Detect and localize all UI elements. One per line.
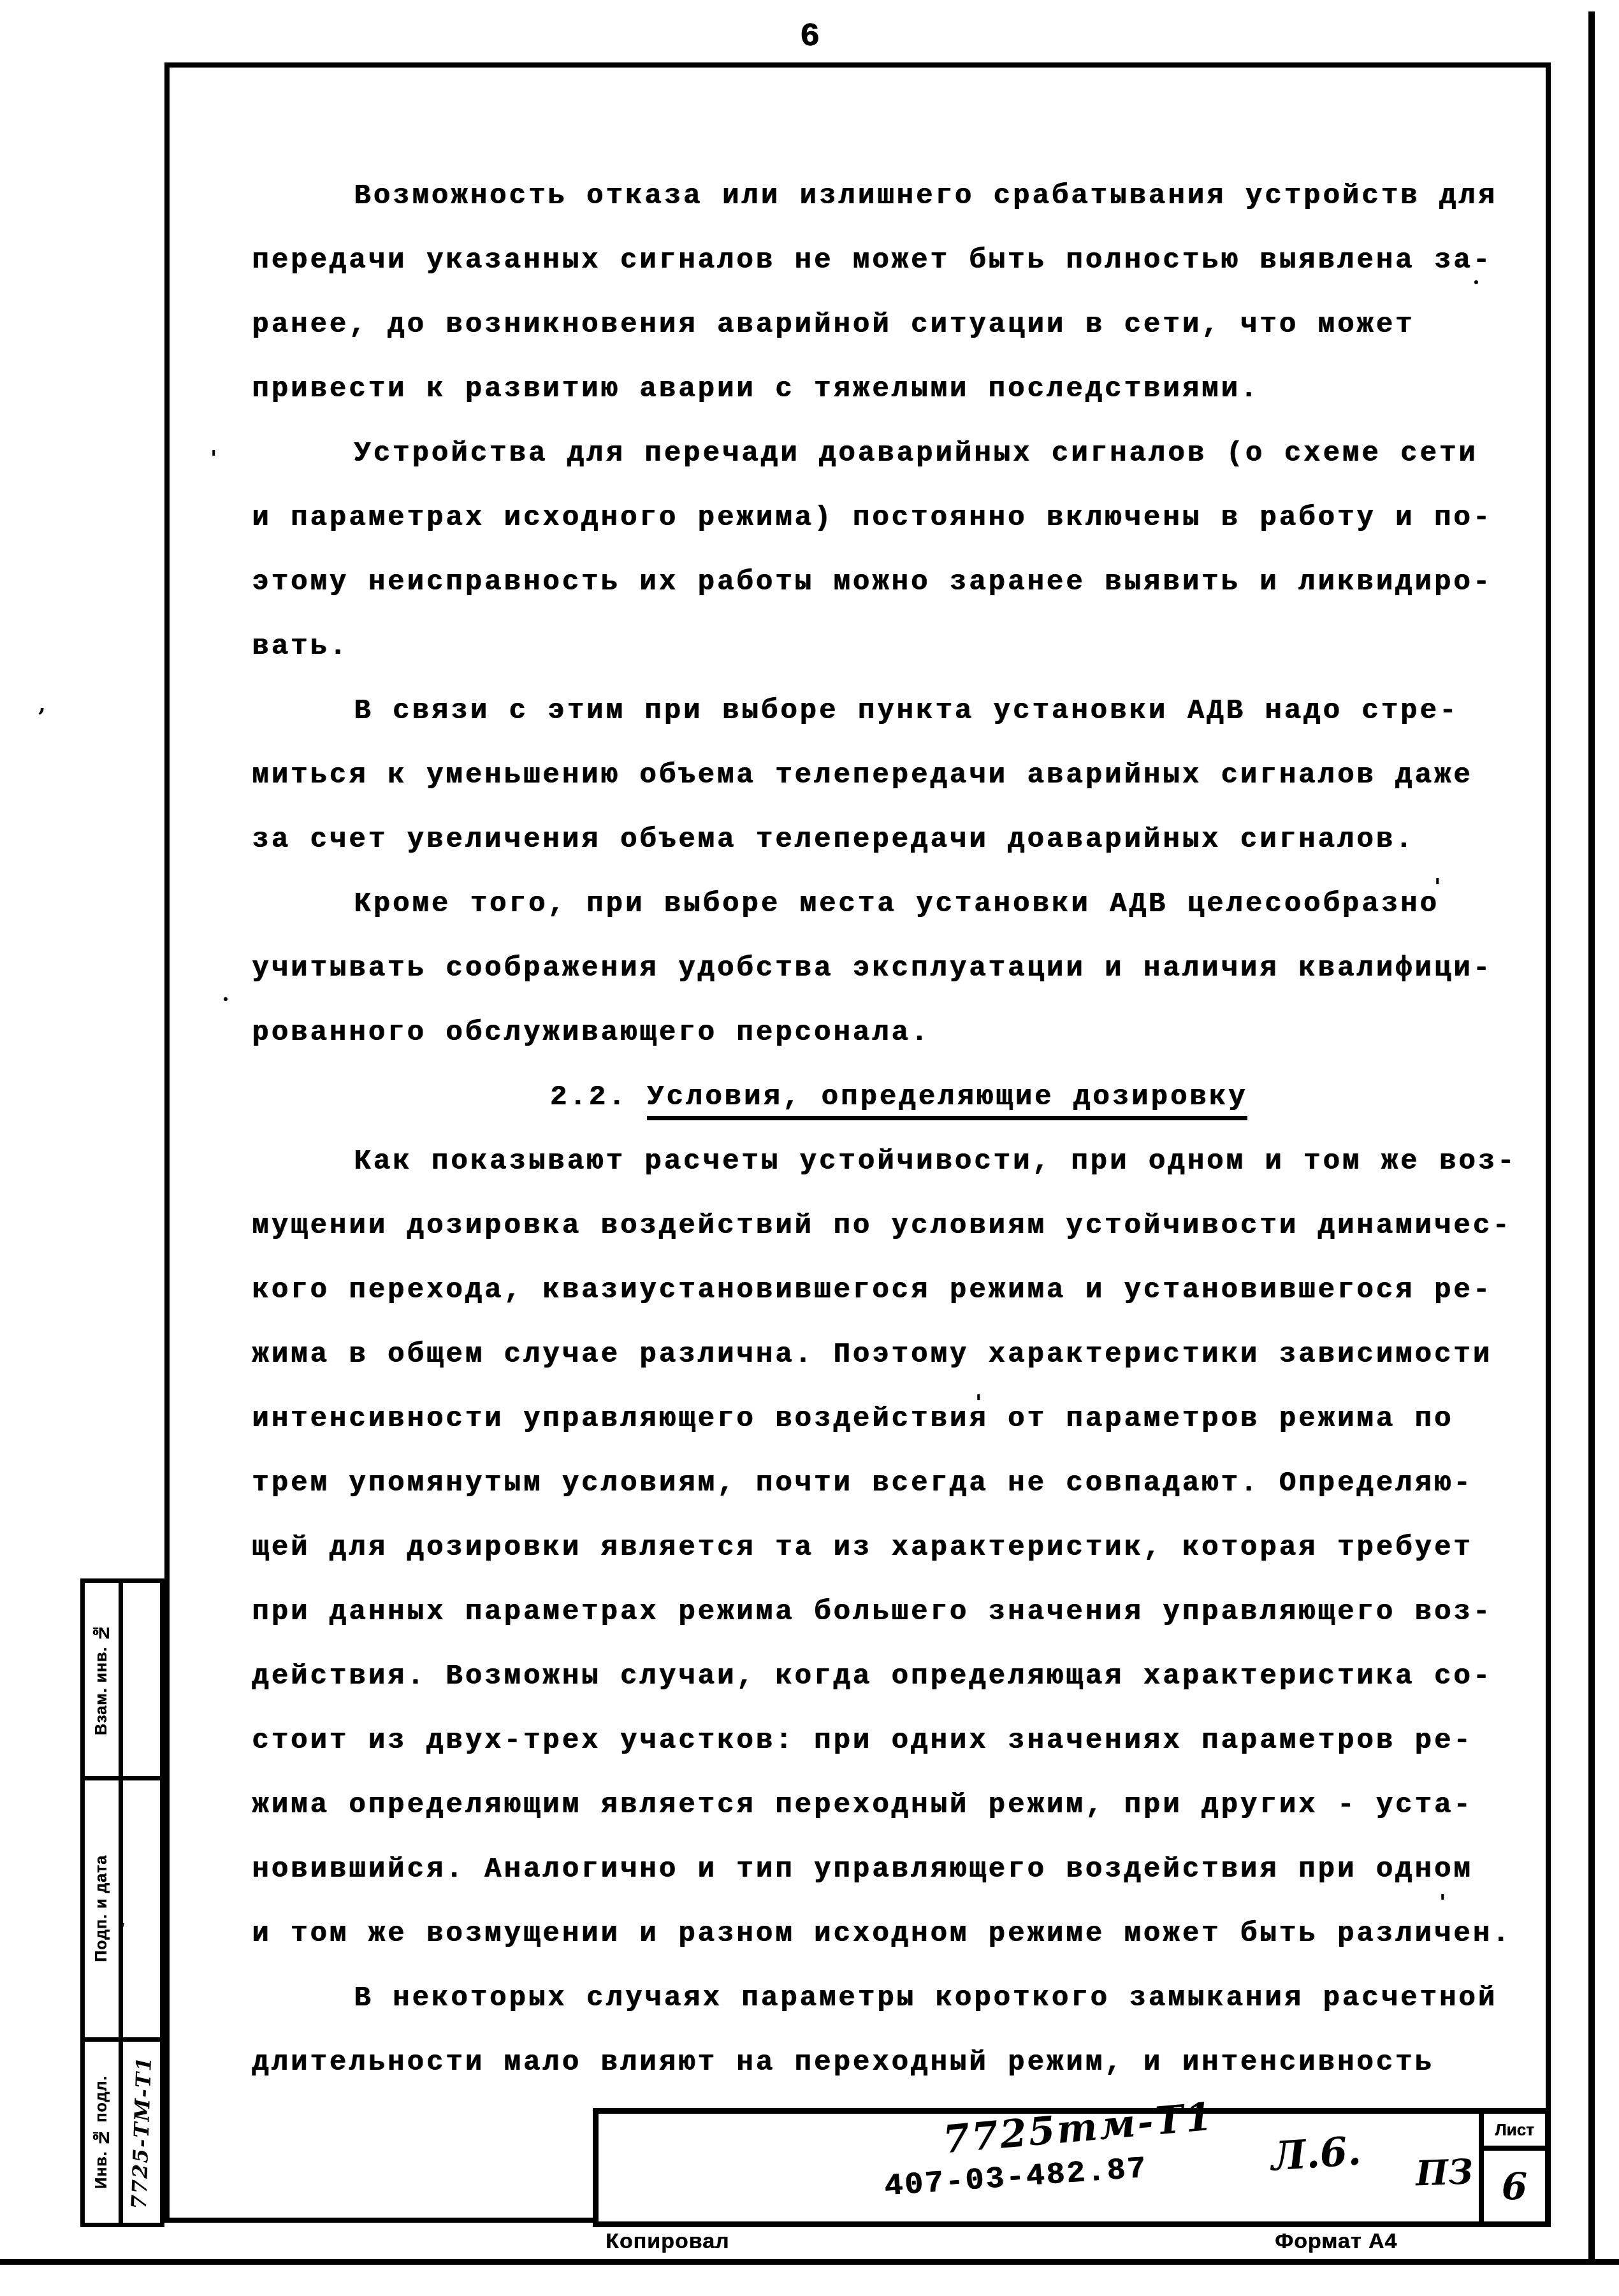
document-type-code: ПЗ [1415,2151,1474,2193]
scanned-document-page: { "page": { "page_number": "6", "footer_… [0,0,1619,2296]
sheet-number-box: Лист 6 [1479,2114,1545,2221]
vzam-inv-label: Взам. инв. № [92,1623,111,1735]
scan-speck: , [38,691,46,717]
text-line: Возможность отказа или излишнего срабаты… [252,164,1546,229]
text-line: передачи указанных сигналов не может быт… [252,229,1546,293]
text-line: Устройства для перечади доаварийных сигн… [252,422,1546,486]
scan-speck: ' [1439,1890,1446,1916]
text-line: Кроме того, при выборе места установки А… [252,872,1546,937]
margin-cell-label: Инв. № подл. [85,2042,123,2223]
text-line: В связи с этим при выборе пункта установ… [252,679,1546,744]
margin-cell-value [123,1583,160,1776]
scan-speck: . [1472,264,1480,290]
bottom-edge-rule [0,2259,1619,2265]
text-line: кого перехода, квазиустановившегося режи… [252,1259,1546,1323]
scan-speck: . [222,981,229,1007]
text-line: рованного обслуживающего персонала. [252,1001,1546,1065]
text-line: новившийся. Аналогично и тип управляющег… [252,1838,1546,1902]
margin-cell-label: Подп. и дата [85,1780,123,2037]
inv-podl-handwritten-number: 7725-ТМ-Т1 [127,2055,156,2209]
text-line: В некоторых случаях параметры короткого … [252,1967,1546,2031]
scan-speck: ' [1434,874,1441,900]
typewritten-text-block: Возможность отказа или излишнего срабаты… [252,164,1546,2095]
text-line: мущении дозировка воздействий по условия… [252,1194,1546,1259]
scan-speck: ' [975,1390,982,1416]
podp-data-label: Подп. и дата [92,1855,111,1962]
section-heading-title: Условия, определяющие дозировку [647,1081,1248,1120]
text-line: жима определяющим является переходный ре… [252,1773,1546,1838]
section-heading: 2.2. Условия, определяющие дозировку [252,1065,1546,1130]
footer-format: Формат А4 [1275,2229,1397,2254]
text-line: привести к развитию аварии с тяжелыми по… [252,357,1546,422]
margin-cell-value: 7725-ТМ-Т1 [123,2042,160,2223]
page-number: 6 [0,18,1619,55]
document-number: 407-03-482.87 [883,2152,1149,2205]
text-line: жима в общем случае различна. Поэтому ха… [252,1323,1546,1387]
right-margin-rule [1588,11,1595,2261]
text-line: ранее, до возникновения аварийной ситуац… [252,293,1546,357]
text-line: за счет увеличения объема телепередачи д… [252,808,1546,872]
text-line: миться к уменьшению объема телепередачи … [252,744,1546,808]
text-line: щей для дозировки является та из характе… [252,1516,1546,1580]
margin-cell-vzam-inv: Взам. инв. № [85,1583,160,1776]
margin-cell-inv-podl: Инв. № подл. 7725-ТМ-Т1 [85,2037,160,2223]
inv-podl-label: Инв. № подл. [92,2076,111,2189]
margin-cell-label: Взам. инв. № [85,1583,123,1776]
text-line: длительности мало влияют на переходный р… [252,2031,1546,2095]
text-line: стоит из двух-трех участков: при одних з… [252,1709,1546,1773]
scan-speck: , [119,1907,126,1932]
margin-cell-value [123,1780,160,2037]
text-line: Как показывают расчеты устойчивости, при… [252,1130,1546,1194]
text-line: трем упомянутым условиям, почти всегда н… [252,1452,1546,1516]
text-line: интенсивности управляющего воздействия о… [252,1387,1546,1452]
handwritten-sheet-note: Л.6. [1270,2127,1363,2180]
text-line: и том же возмущении и разном исходном ре… [252,1902,1546,1967]
text-line: и параметрах исходного режима) постоянно… [252,486,1546,551]
sheet-number: 6 [1484,2151,1545,2221]
scan-speck: ' [210,446,217,472]
footer-kopiroval: Копировал [606,2229,729,2254]
text-line: действия. Возможны случаи, когда определ… [252,1645,1546,1709]
text-line: учитывать соображения удобства эксплуата… [252,937,1546,1001]
section-heading-number: 2.2. [550,1081,647,1113]
gost-margin-column: Взам. инв. № Подп. и дата Инв. № подл. 7… [80,1578,164,2227]
text-line: этому неисправность их работы можно зара… [252,551,1546,615]
text-line: вать. [252,615,1546,679]
title-block: 7725тм-Т1 407-03-482.87 Л.6. ПЗ Лист 6 [593,2108,1551,2227]
sheet-label: Лист [1484,2114,1545,2151]
text-line: при данных параметрах режима большего зн… [252,1580,1546,1645]
